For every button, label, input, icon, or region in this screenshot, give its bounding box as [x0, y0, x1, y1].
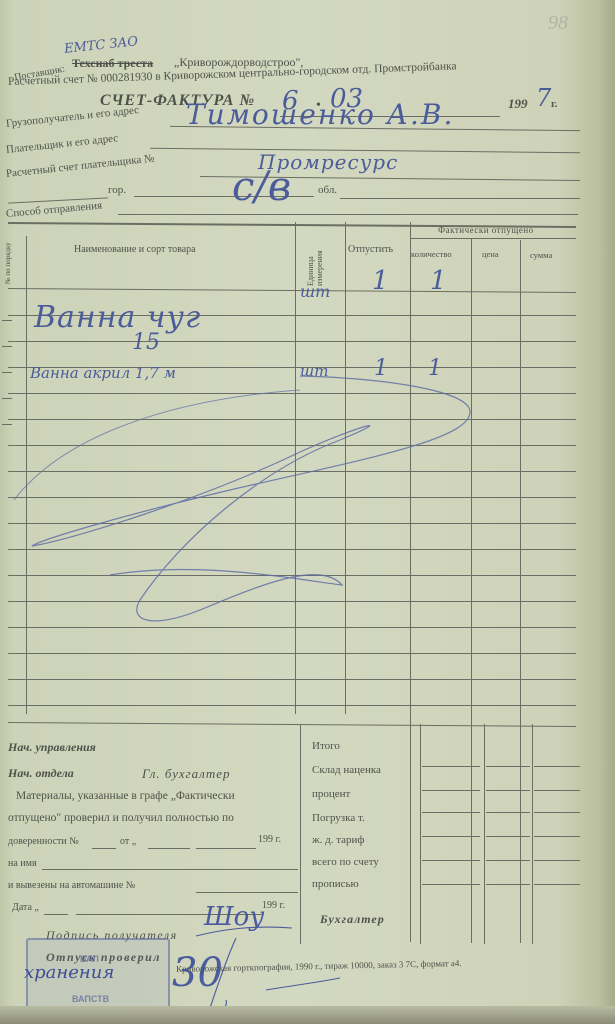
- row-name: 15: [132, 330, 160, 355]
- total-label: Итого: [312, 740, 340, 752]
- head-management: Нач. управления: [8, 740, 96, 755]
- header-release: Отпустить: [348, 244, 393, 255]
- date-year: 199 г.: [262, 900, 285, 911]
- materials-text-1: Материалы, указанные в графе „Фактически: [16, 790, 235, 802]
- scanned-invoice-page: 98 ЕМТС ЗАО Поставщик: Техснаб треста „К…: [0, 0, 615, 1024]
- row-unit: шт: [300, 362, 328, 380]
- row-quantity: 1: [430, 266, 447, 296]
- header-name: Наименование и сорт товара: [74, 244, 196, 255]
- chief-accountant: Гл. бухгалтер: [142, 766, 231, 782]
- supplier-handwritten: ЕМТС ЗАО: [63, 34, 138, 57]
- row-name: Ванна чуг: [34, 300, 201, 335]
- row-release: 1: [374, 356, 388, 381]
- percent-label: процент: [312, 788, 350, 800]
- power-of-attorney-label: доверенности №: [8, 836, 79, 847]
- in-words-label: прописью: [312, 878, 359, 890]
- header-sum: сумма: [530, 250, 552, 260]
- region-value: с/в: [232, 164, 291, 210]
- year-g: г.: [551, 98, 558, 110]
- recipient-signature: Шоу: [204, 902, 264, 932]
- year-prefix: 199: [508, 96, 528, 112]
- row-unit: шт: [300, 282, 330, 301]
- header-actual-group: Фактически отпущено: [438, 225, 534, 235]
- rail-tariff-label: ж. д. тариф: [312, 834, 365, 846]
- header-price: цена: [482, 249, 499, 259]
- invoice-total-label: всего по счету: [312, 856, 379, 868]
- loading-label: Погрузка т.: [312, 812, 365, 824]
- vehicle-label: и вывезены на автомашине №: [8, 880, 135, 891]
- header-unit: Единица измерения: [306, 226, 324, 286]
- stamp-handwriting: хранения: [24, 962, 114, 983]
- supplier-struck-value: Техснаб треста: [72, 56, 153, 71]
- accountant-label: Бухгалтер: [320, 912, 385, 927]
- warehouse-markup-label: Склад наценка: [312, 764, 381, 776]
- power-of-attorney-from: от „: [120, 836, 136, 847]
- power-of-attorney-year: 199 г.: [258, 834, 281, 845]
- city-label: гор.: [108, 184, 126, 196]
- header-num: № по порядку: [4, 242, 12, 284]
- row-quantity: 1: [428, 356, 442, 381]
- region-label: обл.: [318, 184, 337, 196]
- header-quantity: количество: [411, 249, 452, 259]
- row-release: 1: [372, 266, 389, 296]
- head-department: Нач. отдела: [8, 766, 74, 781]
- payer-account-label: Расчетный счет плательщика №: [5, 152, 155, 180]
- date-label: Дата „: [12, 902, 39, 913]
- consignee-label: Грузополучатель и его адрес: [5, 104, 139, 130]
- year-suffix: 7: [536, 84, 551, 112]
- row-name: Ванна акрил 1,7 м: [30, 364, 176, 382]
- consignee-value: Тимошенко А.В.: [186, 98, 454, 131]
- in-name-label: на имя: [8, 858, 37, 869]
- payer-label: Плательщик и его адрес: [5, 132, 118, 156]
- stamp-line-2: ВАПСТВ: [72, 994, 109, 1004]
- materials-text-2: отпущено" проверил и получил полностью п…: [8, 812, 234, 824]
- page-number: 98: [548, 12, 568, 35]
